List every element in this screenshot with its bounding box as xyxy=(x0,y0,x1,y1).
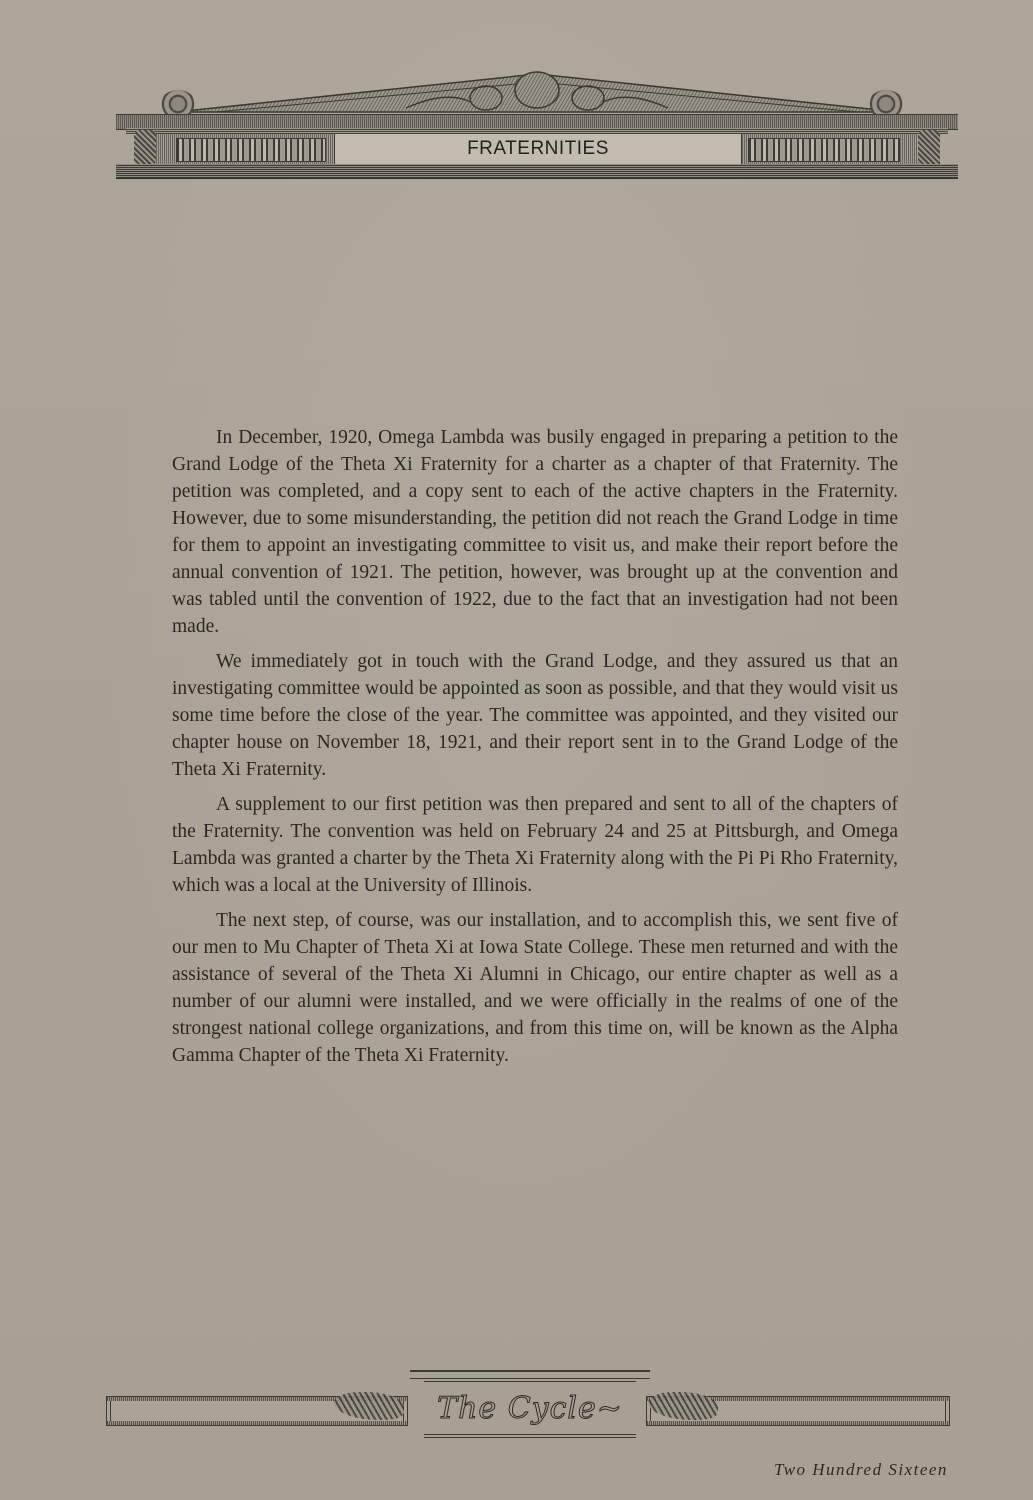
paragraph: A supplement to our first petition was t… xyxy=(172,791,898,899)
triglyph-left-icon xyxy=(176,138,326,162)
paragraph: In December, 1920, Omega Lambda was busi… xyxy=(172,424,898,640)
bracket-left-icon xyxy=(134,130,156,166)
triglyph-right-icon xyxy=(748,138,900,162)
section-title-panel: FRATERNITIES xyxy=(334,134,742,164)
section-title: FRATERNITIES xyxy=(467,138,609,160)
paragraph: The next step, of course, was our instal… xyxy=(172,907,898,1069)
publication-title: The Cycle~ xyxy=(437,1391,623,1426)
pediment-ornament-icon xyxy=(156,68,918,116)
paragraph: We immediately got in touch with the Gra… xyxy=(172,648,898,783)
header-ornament: FRATERNITIES xyxy=(116,68,958,182)
bracket-right-icon xyxy=(918,130,940,166)
header-base xyxy=(116,164,958,179)
page-number: Two Hundred Sixteen xyxy=(774,1460,948,1480)
footer-ornament: The Cycle~ xyxy=(106,1370,948,1434)
article-body: In December, 1920, Omega Lambda was busi… xyxy=(172,424,898,1077)
publication-title-panel: The Cycle~ xyxy=(424,1378,636,1438)
